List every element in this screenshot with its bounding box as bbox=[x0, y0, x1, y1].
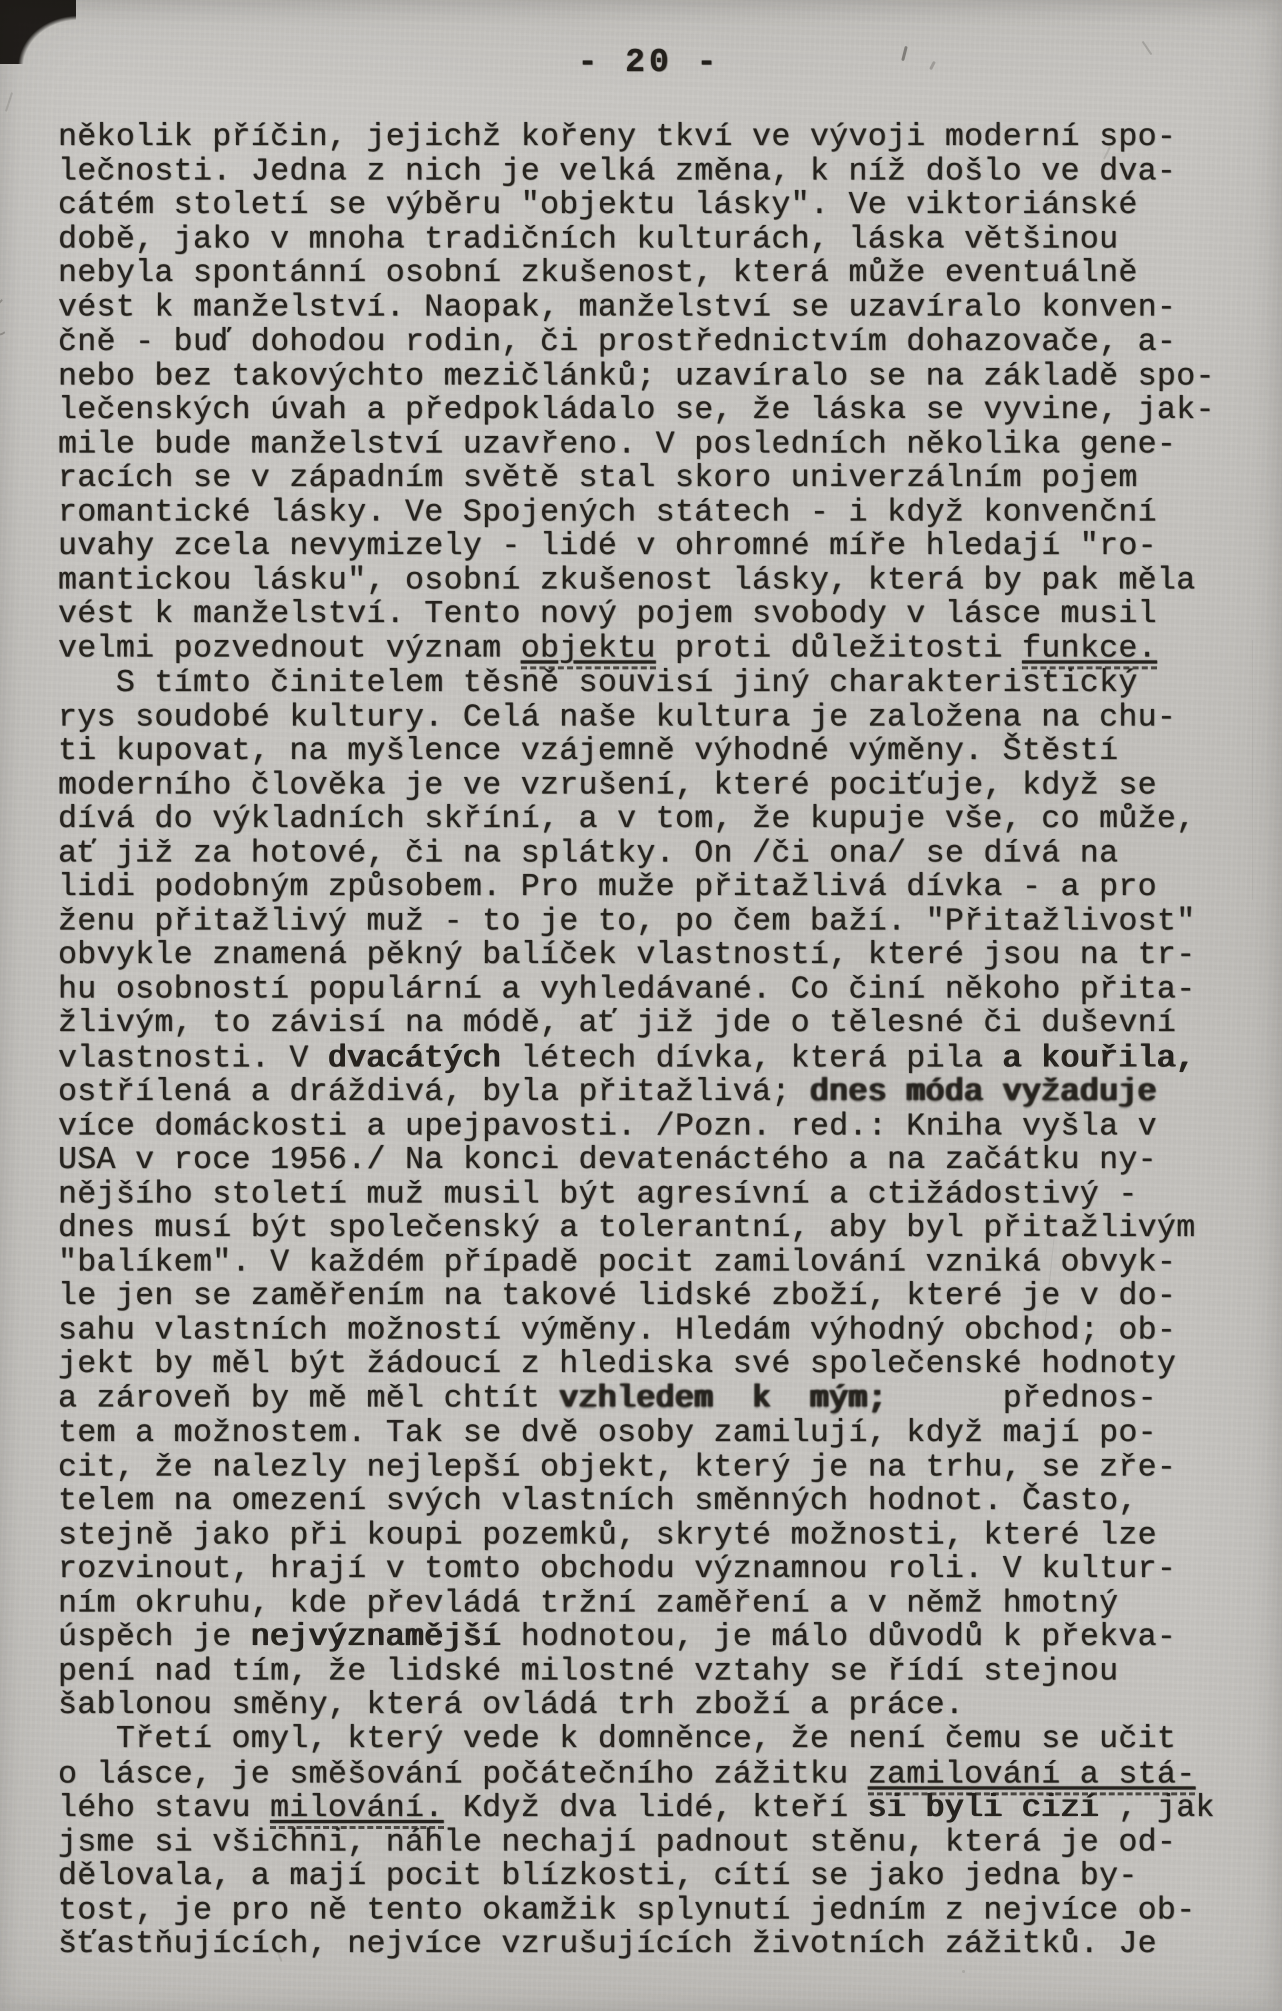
document-text: několik příčin, jejichž kořeny tkví ve v… bbox=[58, 121, 1238, 1962]
text-line: "balíkem". V každém případě pocit zamilo… bbox=[58, 1246, 1238, 1280]
paragraph: několik příčin, jejichž kořeny tkví ve v… bbox=[58, 121, 1238, 667]
scan-scratch bbox=[1252, 640, 1253, 900]
text-line: rys soudobé kultury. Celá naše kultura j… bbox=[58, 701, 1238, 735]
text-line: velmi pozvednout význam objektu proti dů… bbox=[58, 633, 1238, 667]
text-line: více domáckosti a upejpavosti. /Pozn. re… bbox=[58, 1110, 1238, 1144]
text-line: dělovala, a mají pocit blízkosti, cítí s… bbox=[58, 1860, 1238, 1894]
scan-mark-artifact bbox=[0, 294, 19, 338]
text-line: ti kupovat, na myšlence vzájemně výhodné… bbox=[58, 735, 1238, 769]
text-line: žlivým, to závisí na módě, ať již jde o … bbox=[58, 1007, 1238, 1041]
text-line: le jen se zaměřením na takové lidské zbo… bbox=[58, 1280, 1238, 1314]
text-line: USA v roce 1956./ Na konci devatenáctého… bbox=[58, 1144, 1238, 1178]
text-line: ostřílená a dráždivá, byla přitažlivá; d… bbox=[58, 1076, 1238, 1110]
text-line: lečnosti. Jedna z nich je velká změna, k… bbox=[58, 155, 1238, 189]
text-line: úspěch je nejvýznamější hodnotou, je mál… bbox=[58, 1621, 1238, 1655]
text-line: dívá do výkladních skříní, a v tom, že k… bbox=[58, 803, 1238, 837]
text-line: racích se v západním světě stal skoro un… bbox=[58, 462, 1238, 496]
scanned-document-page: - 20 - několik příčin, jejichž kořeny tk… bbox=[0, 0, 1282, 2011]
text-line: ať již za hotové, či na splátky. On /či … bbox=[58, 837, 1238, 871]
text-line: mantickou lásku", osobní zkušenost lásky… bbox=[58, 565, 1238, 599]
text-line: nebyla spontánní osobní zkušenost, která… bbox=[58, 257, 1238, 291]
typed-emphasis: milování. bbox=[270, 1791, 444, 1829]
text-line: sahu vlastních možností výměny. Hledám v… bbox=[58, 1315, 1238, 1349]
typed-emphasis: objektu bbox=[521, 632, 656, 670]
text-line: ženu přitažlivý muž - to je to, po čem b… bbox=[58, 906, 1238, 940]
typed-emphasis: funkce. bbox=[1022, 632, 1157, 670]
text-line: cit, že nalezly nejlepší objekt, který j… bbox=[58, 1451, 1238, 1485]
text-line: ním okruhu, kde převládá tržní zaměření … bbox=[58, 1587, 1238, 1621]
text-line: tost, je pro ně tento okamžik splynutí j… bbox=[58, 1894, 1238, 1928]
text-line: tem a možnostem. Tak se dvě osoby zamilu… bbox=[58, 1417, 1238, 1451]
scan-speck bbox=[962, 1970, 965, 1973]
text-line: několik příčin, jejichž kořeny tkví ve v… bbox=[58, 121, 1238, 155]
typed-emphasis: vzhledem k mým; bbox=[559, 1382, 887, 1417]
text-line: jsme si všichni, náhle nechají padnout s… bbox=[58, 1826, 1238, 1860]
text-line: vlastnosti. V dvacátých létech dívka, kt… bbox=[58, 1042, 1238, 1076]
scan-speck bbox=[5, 92, 13, 112]
text-line: vést k manželství. Naopak, manželství se… bbox=[58, 292, 1238, 326]
text-line: moderního člověka je ve vzrušení, které … bbox=[58, 769, 1238, 803]
text-line: romantické lásky. Ve Spojených státech -… bbox=[58, 496, 1238, 530]
typed-emphasis: nejvýznamější bbox=[251, 1620, 502, 1655]
typed-emphasis: dvacátých bbox=[328, 1041, 502, 1076]
text-line: vést k manželství. Tento nový pojem svob… bbox=[58, 598, 1238, 632]
text-line: uvahy zcela nevymizely - lidé v ohromné … bbox=[58, 530, 1238, 564]
text-line: lečenských úvah a předpokládalo se, že l… bbox=[58, 394, 1238, 428]
text-line: a zároveň by mě měl chtít vzhledem k mým… bbox=[58, 1383, 1238, 1417]
text-line: rozvinout, hrají v tomto obchodu významn… bbox=[58, 1553, 1238, 1587]
page-number: - 20 - bbox=[8, 44, 1282, 81]
text-line: nebo bez takovýchto mezičlánků; uzavíral… bbox=[58, 360, 1238, 394]
typed-emphasis: a kouřila, bbox=[1003, 1041, 1196, 1076]
text-line: obvykle znamená pěkný balíček vlastností… bbox=[58, 939, 1238, 973]
typed-emphasis: si byli cizí bbox=[868, 1791, 1099, 1826]
text-line: telem na omezení svých vlastních směnnýc… bbox=[58, 1485, 1238, 1519]
paragraph: S tímto činitelem těsně souvisí jiný cha… bbox=[58, 667, 1238, 1724]
paragraph: Třetí omyl, který vede k domněnce, že ne… bbox=[58, 1723, 1238, 1962]
text-line: cátém století se výběru "objektu lásky".… bbox=[58, 189, 1238, 223]
text-line: hu osobností populární a vyhledávané. Co… bbox=[58, 974, 1238, 1008]
typed-emphasis: zamilování a stá- bbox=[868, 1757, 1196, 1795]
text-line: Třetí omyl, který vede k domněnce, že ne… bbox=[58, 1723, 1238, 1757]
text-line: pení nad tím, že lidské milostné vztahy … bbox=[58, 1656, 1238, 1690]
text-line: S tímto činitelem těsně souvisí jiný cha… bbox=[58, 667, 1238, 701]
text-line: lého stavu milování. Když dva lidé, kteř… bbox=[58, 1792, 1238, 1826]
text-line: lidi podobným způsobem. Pro muže přitažl… bbox=[58, 871, 1238, 905]
text-line: mile bude manželství uzavřeno. V posledn… bbox=[58, 428, 1238, 462]
text-line: dnes musí být společenský a tolerantní, … bbox=[58, 1212, 1238, 1246]
text-line: šablonou směny, která ovládá trh zboží a… bbox=[58, 1689, 1238, 1723]
typed-emphasis: dnes móda vyžaduje bbox=[810, 1075, 1157, 1110]
text-line: stejně jako při koupi pozemků, skryté mo… bbox=[58, 1519, 1238, 1553]
text-line: šťastňujících, nejvíce vzrušujících živo… bbox=[58, 1928, 1238, 1962]
text-line: čně - buď dohodou rodin, či prostřednict… bbox=[58, 326, 1238, 360]
text-line: jekt by měl být žádoucí z hlediska své s… bbox=[58, 1348, 1238, 1382]
text-line: době, jako v mnoha tradičních kulturách,… bbox=[58, 224, 1238, 258]
text-line: o lásce, je směšování počátečního zážitk… bbox=[58, 1758, 1238, 1792]
text-line: nějšího století muž musil být agresívní … bbox=[58, 1178, 1238, 1212]
